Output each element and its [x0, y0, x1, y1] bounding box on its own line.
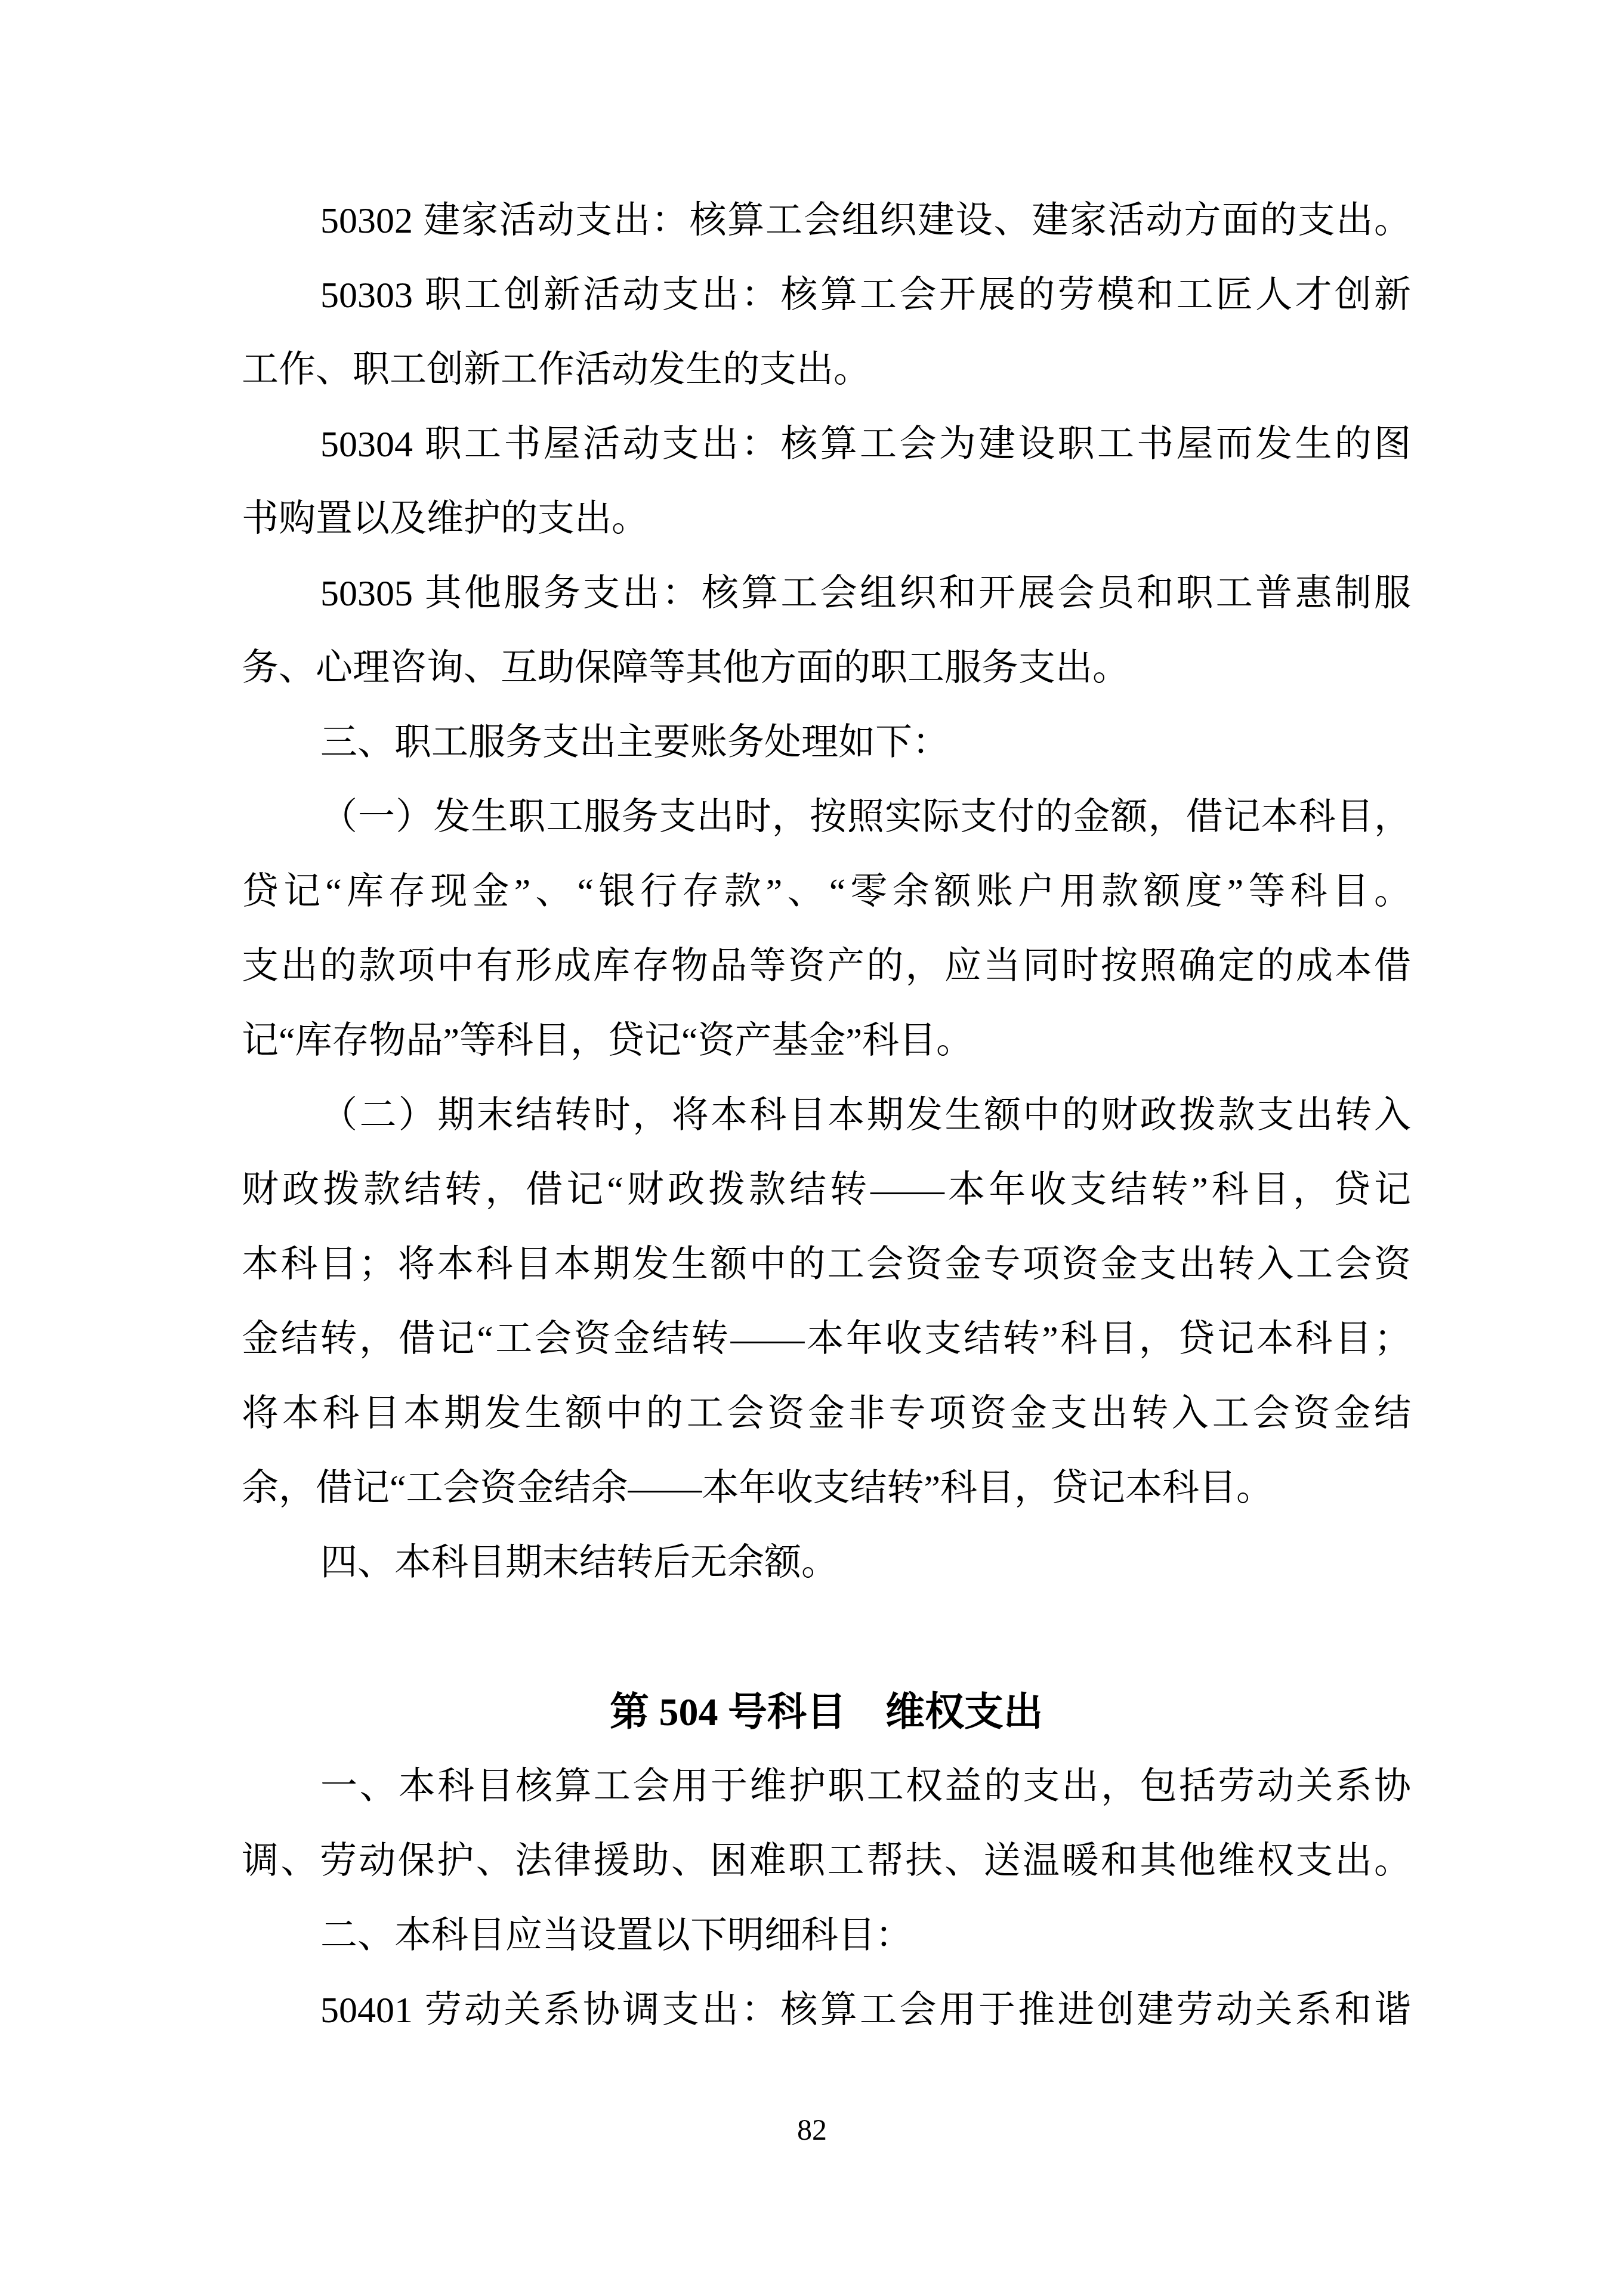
text-line: 本科目；将本科目本期发生额中的工会资金专项资金支出转入工会资 — [242, 1228, 1411, 1302]
document-body: 50302 建家活动支出：核算工会组织建设、建家活动方面的支出。 50303 职… — [242, 184, 1411, 2048]
text-line: （二）期末结转时，将本科目本期发生额中的财政拨款支出转入 — [242, 1079, 1411, 1153]
text-line: 将本科目本期发生额中的工会资金非专项资金支出转入工会资金结 — [242, 1377, 1411, 1451]
section-heading: 第 504 号科目 维权支出 — [242, 1675, 1411, 1750]
text-line: 财政拨款结转，借记“财政拨款结转——本年收支结转”科目，贷记 — [242, 1153, 1411, 1228]
text-line: 50302 建家活动支出：核算工会组织建设、建家活动方面的支出。 — [242, 184, 1411, 258]
text-line: 书购置以及维护的支出。 — [242, 482, 1411, 557]
text-line: 支出的款项中有形成库存物品等资产的，应当同时按照确定的成本借 — [242, 929, 1411, 1004]
text-line: 50401 劳动关系协调支出：核算工会用于推进创建劳动关系和谐 — [242, 1973, 1411, 2048]
text-line: 贷记“库存现金”、“银行存款”、“零余额账户用款额度”等科目。 — [242, 855, 1411, 929]
text-line: 50305 其他服务支出：核算工会组织和开展会员和职工普惠制服 — [242, 557, 1411, 631]
text-line: 一、本科目核算工会用于维护职工权益的支出，包括劳动关系协 — [242, 1750, 1411, 1824]
text-line: 二、本科目应当设置以下明细科目： — [242, 1899, 1411, 1973]
text-line: 务、心理咨询、互助保障等其他方面的职工服务支出。 — [242, 631, 1411, 706]
text-line: 余，借记“工会资金结余——本年收支结转”科目，贷记本科目。 — [242, 1451, 1411, 1526]
text-line: 金结转，借记“工会资金结转——本年收支结转”科目，贷记本科目； — [242, 1302, 1411, 1377]
text-line: 50303 职工创新活动支出：核算工会开展的劳模和工匠人才创新 — [242, 258, 1411, 333]
text-line: （一）发生职工服务支出时，按照实际支付的金额，借记本科目， — [242, 780, 1411, 855]
page-number: 82 — [0, 2112, 1624, 2147]
text-line: 50304 职工书屋活动支出：核算工会为建设职工书屋而发生的图 — [242, 407, 1411, 482]
document-page: 50302 建家活动支出：核算工会组织建设、建家活动方面的支出。 50303 职… — [0, 0, 1624, 2296]
text-line: 三、职工服务支出主要账务处理如下： — [242, 706, 1411, 780]
text-line: 工作、职工创新工作活动发生的支出。 — [242, 333, 1411, 407]
text-line: 四、本科目期末结转后无余额。 — [242, 1526, 1411, 1600]
text-line: 调、劳动保护、法律援助、困难职工帮扶、送温暖和其他维权支出。 — [242, 1824, 1411, 1899]
text-line: 记“库存物品”等科目，贷记“资产基金”科目。 — [242, 1004, 1411, 1079]
